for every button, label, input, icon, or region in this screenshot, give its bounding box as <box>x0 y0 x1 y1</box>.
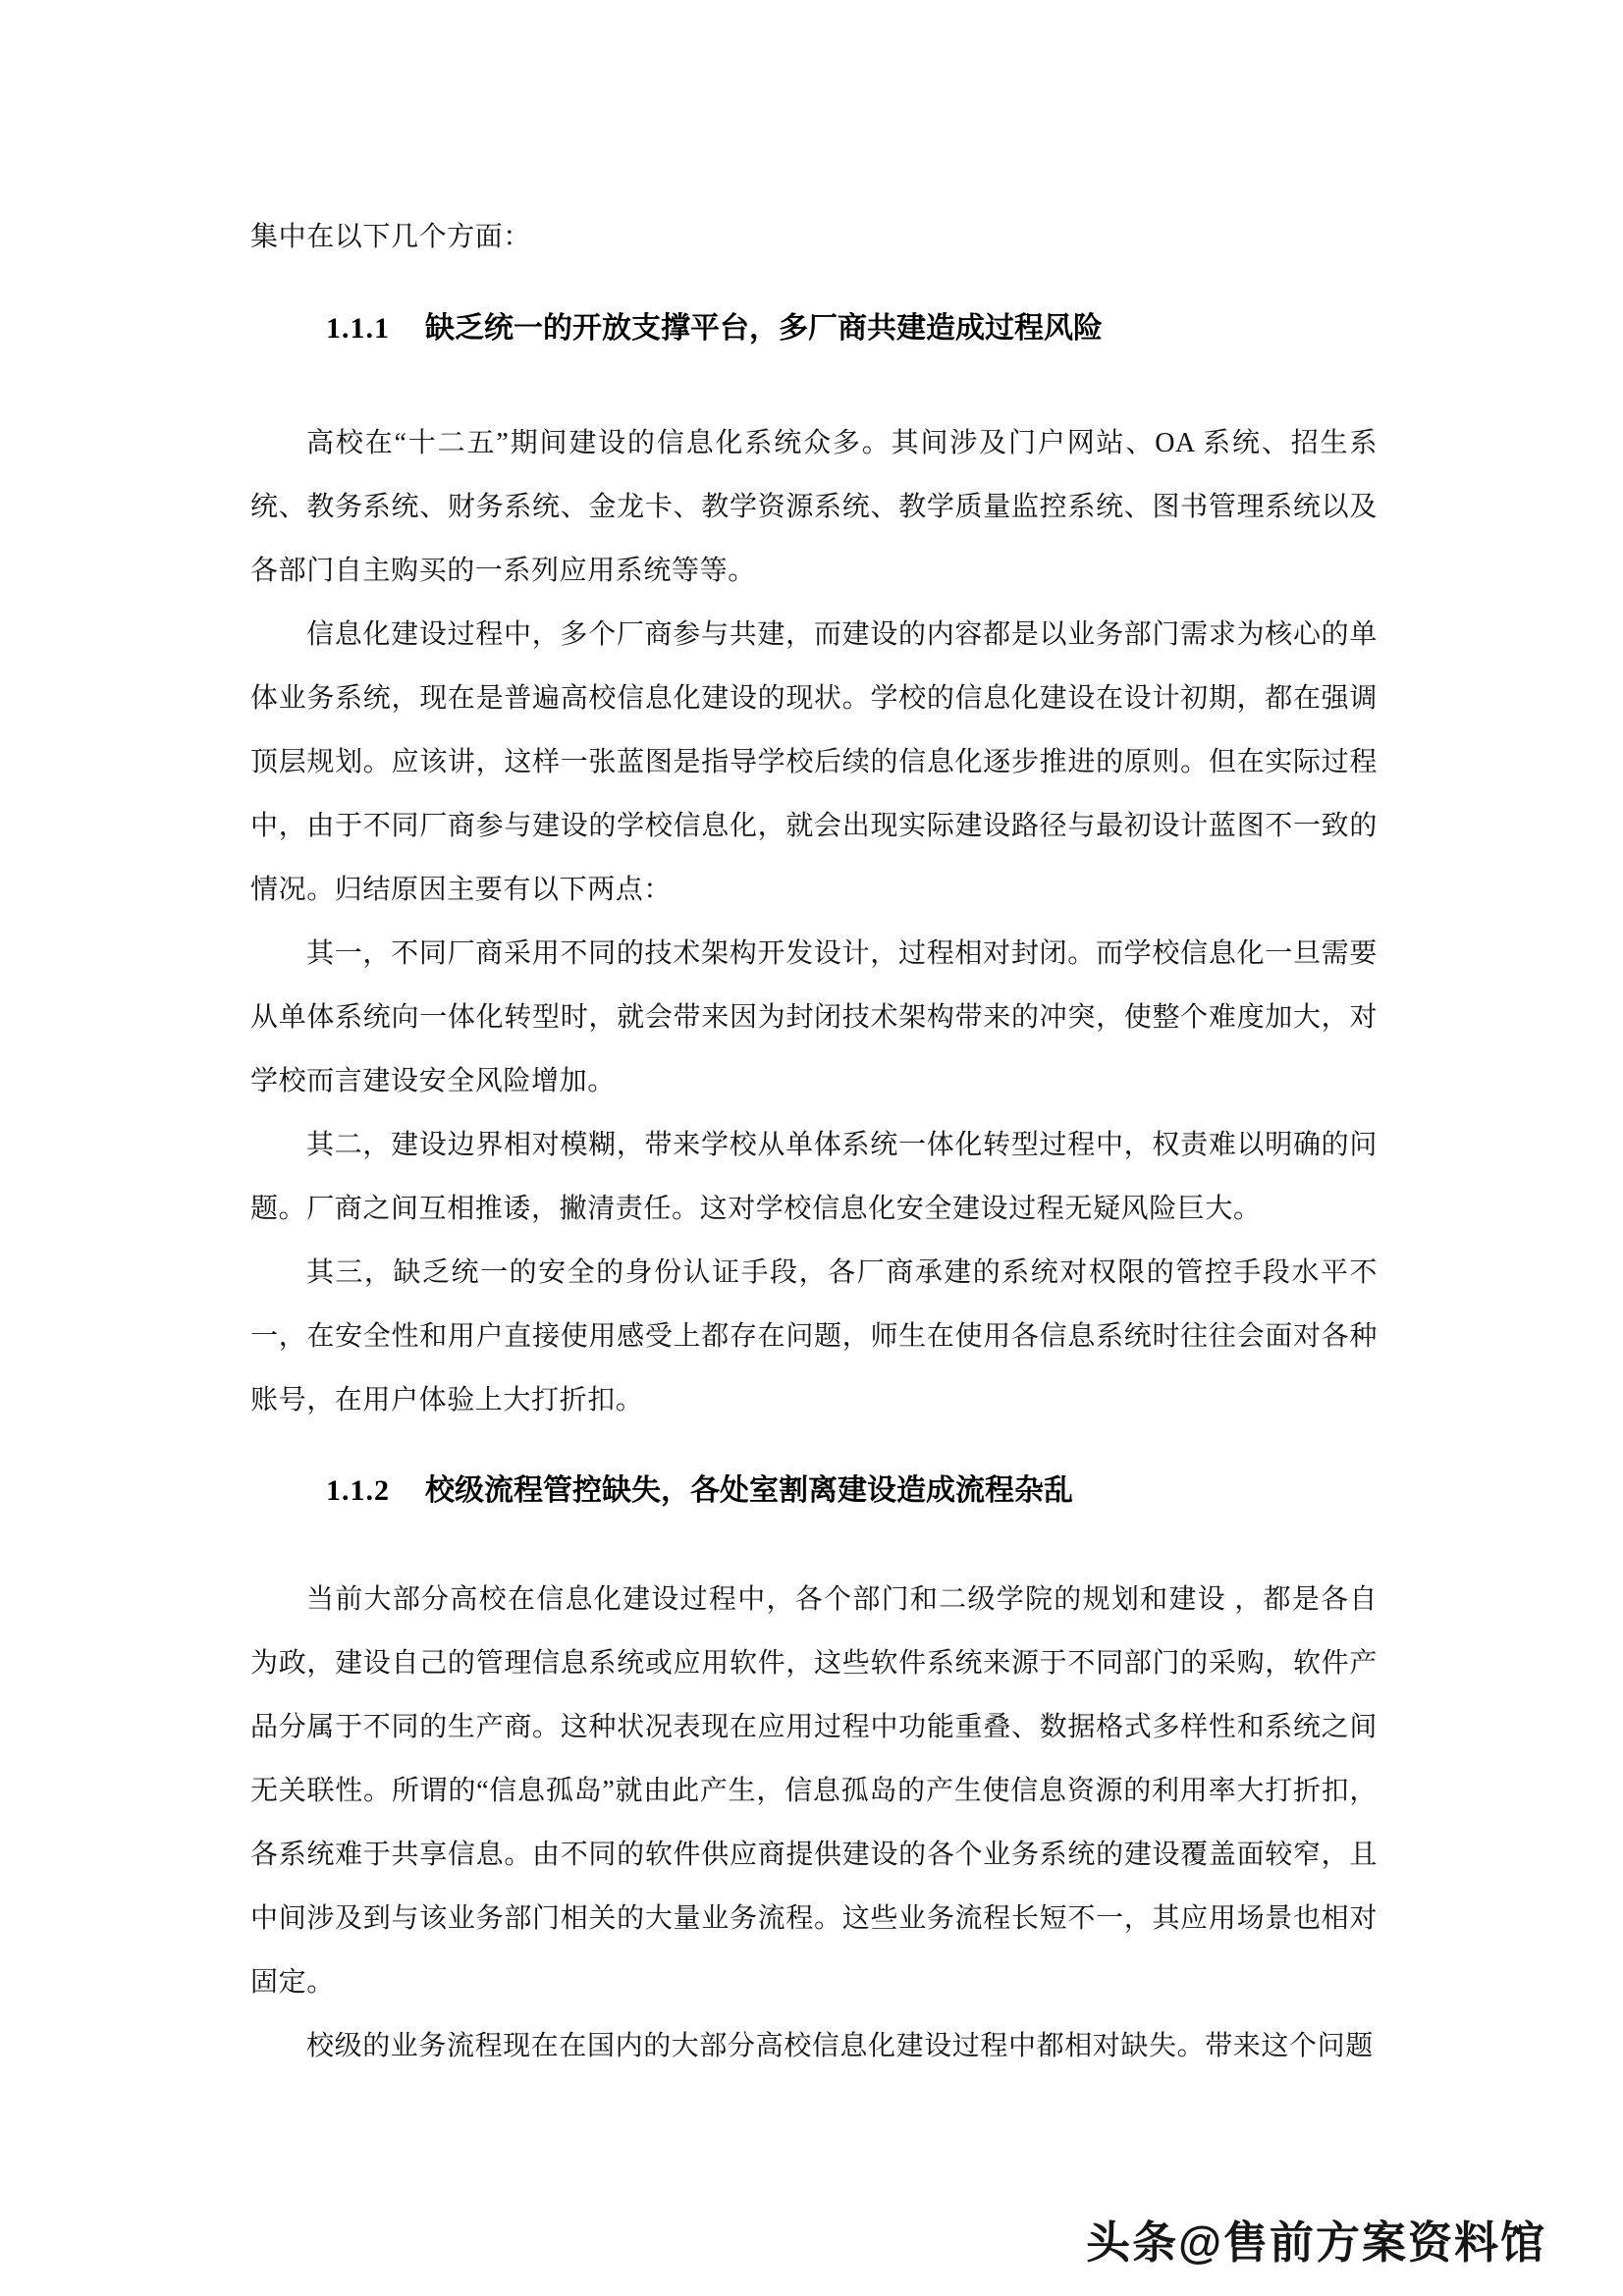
paragraph: 其三，缺乏统一的安全的身份认证手段，各厂商承建的系统对权限的管控手段水平不一，在… <box>250 1241 1378 1432</box>
paragraph: 其二，建设边界相对模糊，带来学校从单体系统一体化转型过程中，权责难以明确的问题。… <box>250 1113 1378 1241</box>
section-2-number: 1.1.2 <box>326 1474 390 1507</box>
paragraph: 高校在“十二五”期间建设的信息化系统众多。其间涉及门户网站、OA 系统、招生系统… <box>250 411 1378 603</box>
section-1-body: 高校在“十二五”期间建设的信息化系统众多。其间涉及门户网站、OA 系统、招生系统… <box>250 411 1378 1432</box>
section-heading-1: 1.1.1缺乏统一的开放支撑平台，多厂商共建造成过程风险 <box>326 311 1103 347</box>
watermark: 头条@售前方案资料馆 <box>1086 2207 1546 2270</box>
paragraph: 信息化建设过程中，多个厂商参与共建，而建设的内容都是以业务部门需求为核心的单体业… <box>250 603 1378 922</box>
paragraph: 当前大部分高校在信息化建设过程中，各个部门和二级学院的规划和建设 ，都是各自为政… <box>250 1568 1378 2014</box>
section-heading-2: 1.1.2校级流程管控缺失，各处室割离建设造成流程杂乱 <box>326 1473 1073 1509</box>
intro-line: 集中在以下几个方面： <box>250 205 1378 269</box>
paragraph: 其一，不同厂商采用不同的技术架构开发设计，过程相对封闭。而学校信息化一旦需要从单… <box>250 922 1378 1113</box>
paragraph: 校级的业务流程现在在国内的大部分高校信息化建设过程中都相对缺失。带来这个问题 <box>250 2014 1378 2078</box>
document-page: 集中在以下几个方面： 1.1.1缺乏统一的开放支撑平台，多厂商共建造成过程风险 … <box>0 0 1623 2296</box>
section-2-title: 校级流程管控缺失，各处室割离建设造成流程杂乱 <box>425 1474 1073 1507</box>
section-1-title: 缺乏统一的开放支撑平台，多厂商共建造成过程风险 <box>425 312 1103 345</box>
section-1-number: 1.1.1 <box>326 312 390 345</box>
section-2-body: 当前大部分高校在信息化建设过程中，各个部门和二级学院的规划和建设 ，都是各自为政… <box>250 1568 1378 2078</box>
